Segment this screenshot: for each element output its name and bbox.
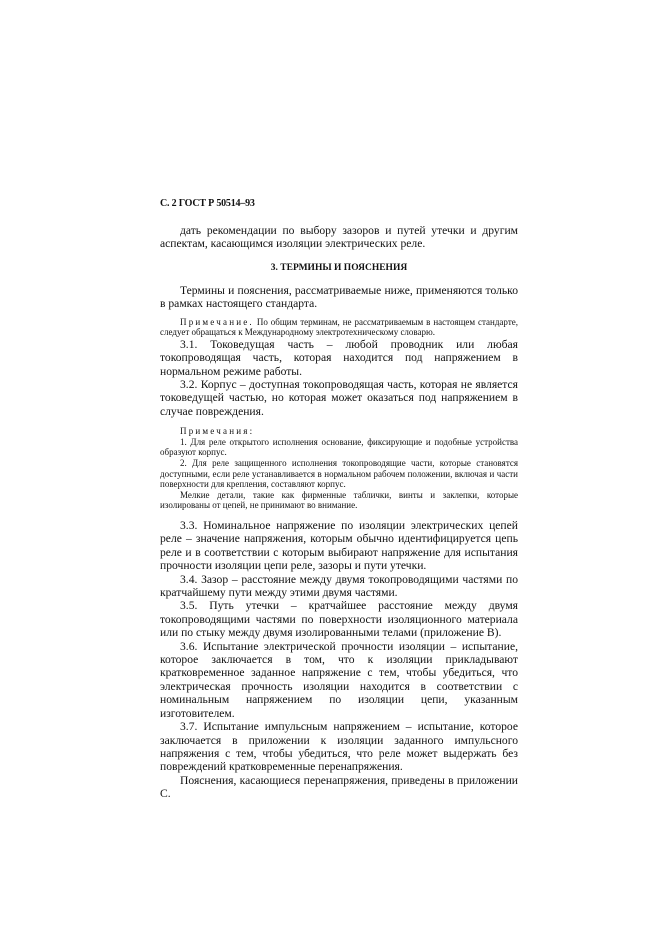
term-number: 3.6.: [180, 640, 197, 653]
term-number: 3.7.: [180, 720, 197, 733]
term-text: Токоведущая часть – любой проводник или …: [160, 338, 518, 378]
term-number: 3.5.: [180, 599, 197, 612]
term-3-3: 3.3. Номинальное напряжение по изоляции …: [160, 519, 518, 573]
closing-paragraph: Пояснения, касающиеся перенапряжения, пр…: [160, 774, 518, 801]
term-text: Испытание электрической прочности изоляц…: [160, 640, 518, 720]
note-item-1: 1. Для реле открытого исполнения основан…: [160, 437, 518, 458]
notes-label: Примечания:: [160, 426, 518, 437]
term-number: 3.2.: [180, 378, 197, 391]
document-page: С. 2 ГОСТ Р 50514–93 дать рекомендации п…: [160, 198, 518, 801]
section-title: 3. ТЕРМИНЫ И ПОЯСНЕНИЯ: [160, 263, 518, 273]
term-text: Номинальное напряжение по изоляции элект…: [160, 519, 518, 572]
scope-paragraph: Термины и пояснения, рассматриваемые ниж…: [160, 284, 518, 311]
term-number: 3.1.: [180, 338, 197, 351]
note-item-2: 2. Для реле защищенного исполнения токоп…: [160, 458, 518, 490]
term-3-6: 3.6. Испытание электрической прочности и…: [160, 640, 518, 720]
page-header: С. 2 ГОСТ Р 50514–93: [160, 198, 518, 209]
term-text: Путь утечки – кратчайшее расстояние межд…: [160, 599, 518, 639]
term-3-5: 3.5. Путь утечки – кратчайшее расстояние…: [160, 599, 518, 639]
term-text: Корпус – доступная токопроводящая часть,…: [160, 378, 518, 418]
note-item-3: Мелкие детали, такие как фирменные табли…: [160, 490, 518, 511]
term-number: 3.4.: [180, 573, 197, 586]
note-label: Примечание.: [180, 317, 254, 327]
term-number: 3.3.: [180, 519, 197, 532]
term-3-4: 3.4. Зазор – расстояние между двумя токо…: [160, 573, 518, 600]
term-3-2: 3.2. Корпус – доступная токопроводящая ч…: [160, 378, 518, 418]
note-1: Примечание. По общим терминам, не рассма…: [160, 317, 518, 338]
term-3-7: 3.7. Испытание импульсным напряжением – …: [160, 720, 518, 774]
term-text: Испытание импульсным напряжением – испыт…: [160, 720, 518, 773]
intro-paragraph: дать рекомендации по выбору зазоров и пу…: [160, 224, 518, 251]
term-text: Зазор – расстояние между двумя токопрово…: [160, 573, 518, 599]
term-3-1: 3.1. Токоведущая часть – любой проводник…: [160, 338, 518, 378]
